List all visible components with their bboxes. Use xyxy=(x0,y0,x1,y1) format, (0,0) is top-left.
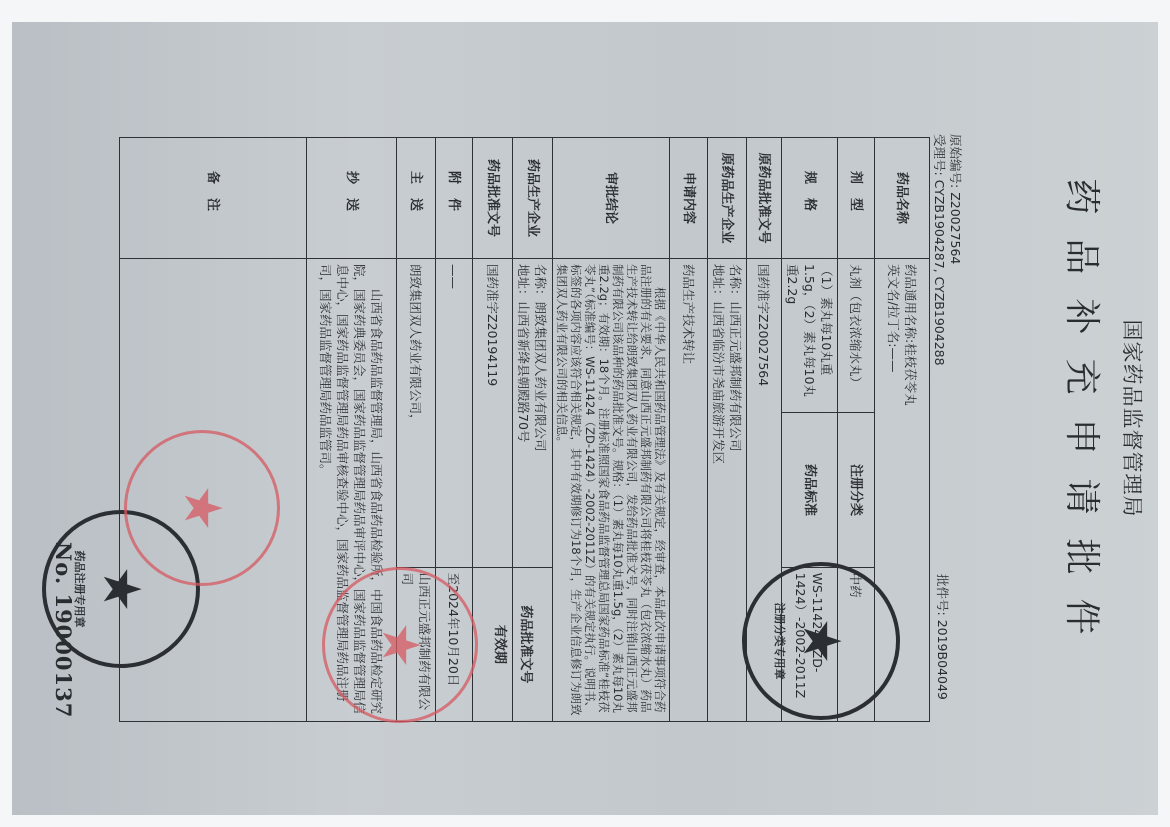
value-main-recipient-1: 朗致集团双人药业有限公司， xyxy=(397,259,436,568)
red-seal-stamp-left: ★ xyxy=(124,430,280,586)
label-attachment: 附件 xyxy=(436,138,473,259)
label-drug-name: 药品名称 xyxy=(875,138,930,259)
acceptance-number: 受理号: CYZB1904287, CYZB1904288 xyxy=(931,134,947,366)
row-manufacturer: 药品生产企业 名称：朗致集团双人药业有限公司 地址：山西省新绛县朝殿路70号 药… xyxy=(513,138,553,722)
value-dosage-form: 丸剂（包衣浓缩水丸） xyxy=(838,259,875,413)
document-title: 药品补充申请批件 xyxy=(1059,22,1110,815)
value-original-manufacturer: 名称：山西正元盛邦制药有限公司 地址：山西省临汾市尧庙旅游开发区 xyxy=(708,259,747,722)
approval-number: 批件号: 2019B04049 xyxy=(934,574,950,700)
label-specification: 规格 xyxy=(782,138,838,259)
label-application-content: 申请内容 xyxy=(670,138,708,259)
label-remarks: 备注 xyxy=(120,138,307,259)
label-cc: 抄送 xyxy=(307,138,397,259)
serial-number: No. 19000137 xyxy=(51,542,76,718)
value-application-content: 药品生产技术转让 xyxy=(670,259,708,722)
document-numbers: 原始编号: Z20027564 受理号: CYZB1904287, CYZB19… xyxy=(931,134,963,366)
red-seal-stamp-bottom: ★ xyxy=(322,567,478,723)
label-original-approval-no: 原药品批准文号 xyxy=(747,138,782,259)
label-manufacturer: 药品生产企业 xyxy=(513,138,553,259)
value-manufacturer: 名称：朗致集团双人药业有限公司 地址：山西省新绛县朝殿路70号 xyxy=(513,259,553,568)
value-approval-no: 国药准字Z20194119 xyxy=(473,259,513,568)
document-page: 国家药品监督管理局 药品补充申请批件 原始编号: Z20027564 受理号: … xyxy=(12,22,1158,815)
row-application-content: 申请内容 药品生产技术转让 xyxy=(670,138,708,722)
row-conclusion: 审批结论 根据《中华人民共和国药品管理法》及有关规定，经审查，本品此次申请事项符… xyxy=(553,138,670,722)
original-number: 原始编号: Z20027564 xyxy=(947,134,963,366)
company-seal-stamp: ★ 注册分类专用章 xyxy=(742,562,900,720)
label-main-recipient: 主送 xyxy=(397,138,436,259)
star-icon: ★ xyxy=(176,485,228,532)
star-icon: ★ xyxy=(795,618,847,665)
label-approval-no: 药品批准文号 xyxy=(473,138,513,259)
label-original-manufacturer: 原药品生产企业 xyxy=(708,138,747,259)
label-category: 注册分类 xyxy=(838,413,875,567)
label-dosage-form: 剂型 xyxy=(838,138,875,259)
value-attachment: —— xyxy=(436,259,473,568)
star-icon: ★ xyxy=(374,622,426,669)
row-original-manufacturer: 原药品生产企业 名称：山西正元盛邦制药有限公司 地址：山西省临汾市尧庙旅游开发区 xyxy=(708,138,747,722)
star-icon: ★ xyxy=(95,566,147,613)
label-validity-header: 药品批准文号 有效期 xyxy=(473,567,553,721)
label-conclusion: 审批结论 xyxy=(553,138,670,259)
value-specification: （1）素丸每10丸重1.5g，（2）素丸每10丸重2.2g xyxy=(782,259,838,413)
value-conclusion: 根据《中华人民共和国药品管理法》及有关规定，经审查，本品此次申请事项符合药品注册… xyxy=(553,259,670,722)
label-standard: 药品标准 xyxy=(782,413,838,567)
agency-name: 国家药品监督管理局 xyxy=(1118,22,1148,815)
